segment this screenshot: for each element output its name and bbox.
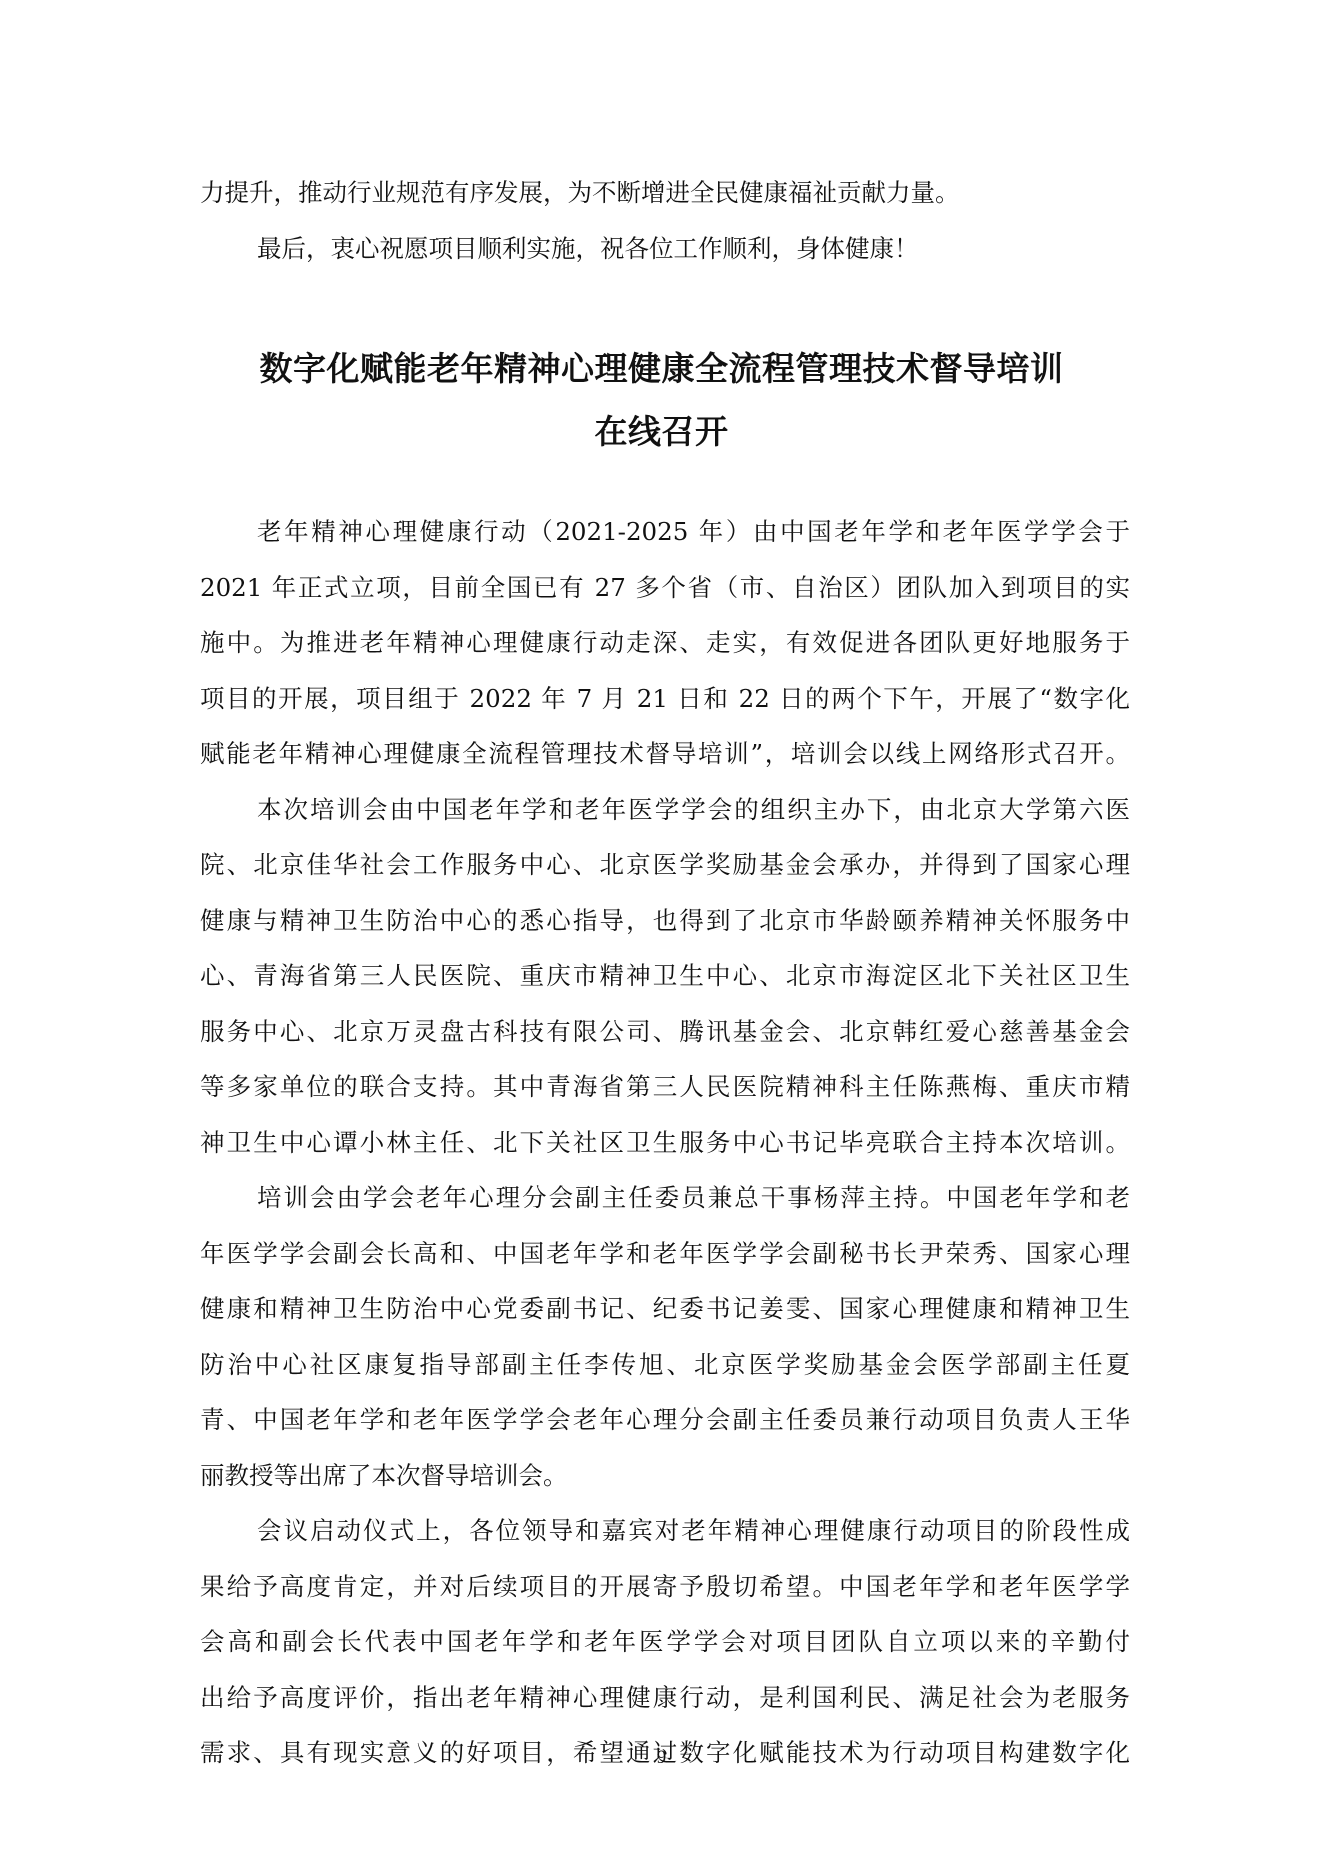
text-line: 心、青海省第三人民医院、重庆市精神卫生中心、北京市海淀区北下关社区卫生	[200, 948, 1130, 1004]
text-line: 老年精神心理健康行动（2021-2025 年）由中国老年学和老年医学学会于	[200, 504, 1130, 560]
text-line: 赋能老年精神心理健康全流程管理技术督导培训”，培训会以线上网络形式召开。	[200, 726, 1130, 782]
text-line: 会高和副会长代表中国老年学和老年医学学会对项目团队自立项以来的辛勤付	[200, 1614, 1130, 1670]
text-line: 本次培训会由中国老年学和老年医学学会的组织主办下，由北京大学第六医	[200, 782, 1130, 838]
continuation-text: 力提升，推动行业规范有序发展，为不断增进全民健康福祉贡献力量。 最后，衷心祝愿项…	[200, 165, 1130, 276]
text-line: 院、北京佳华社会工作服务中心、北京医学奖励基金会承办，并得到了国家心理	[200, 837, 1130, 893]
text-line: 丽教授等出席了本次督导培训会。	[200, 1448, 1130, 1504]
text-line: 出给予高度评价，指出老年精神心理健康行动，是利国利民、满足社会为老服务	[200, 1670, 1130, 1726]
paragraph-1: 老年精神心理健康行动（2021-2025 年）由中国老年学和老年医学学会于 20…	[200, 504, 1130, 782]
paragraph-3: 培训会由学会老年心理分会副主任委员兼总干事杨萍主持。中国老年学和老 年医学学会副…	[200, 1170, 1130, 1503]
text-line: 健康与精神卫生防治中心的悉心指导，也得到了北京市华龄颐养精神关怀服务中	[200, 893, 1130, 949]
paragraph-2: 本次培训会由中国老年学和老年医学学会的组织主办下，由北京大学第六医 院、北京佳华…	[200, 782, 1130, 1171]
document-page: 力提升，推动行业规范有序发展，为不断增进全民健康福祉贡献力量。 最后，衷心祝愿项…	[0, 0, 1323, 1871]
text-line: 健康和精神卫生防治中心党委副书记、纪委书记姜雯、国家心理健康和精神卫生	[200, 1281, 1130, 1337]
text-line: 最后，衷心祝愿项目顺利实施，祝各位工作顺利，身体健康！	[200, 221, 1130, 277]
text-line: 服务中心、北京万灵盘古科技有限公司、腾讯基金会、北京韩红爱心慈善基金会	[200, 1004, 1130, 1060]
text-line: 施中。为推进老年精神心理健康行动走深、走实，有效促进各团队更好地服务于	[200, 615, 1130, 671]
text-line: 年医学学会副会长高和、中国老年学和老年医学学会副秘书长尹荣秀、国家心理	[200, 1226, 1130, 1282]
text-line: 果给予高度肯定，并对后续项目的开展寄予殷切希望。中国老年学和老年医学学	[200, 1559, 1130, 1615]
paragraph-4: 会议启动仪式上，各位领导和嘉宾对老年精神心理健康行动项目的阶段性成 果给予高度肯…	[200, 1503, 1130, 1781]
page-number: 9	[0, 1747, 1323, 1769]
text-line: 项目的开展，项目组于 2022 年 7 月 21 日和 22 日的两个下午，开展…	[200, 671, 1130, 727]
article-title-line-2: 在线召开	[0, 406, 1323, 453]
text-line: 会议启动仪式上，各位领导和嘉宾对老年精神心理健康行动项目的阶段性成	[200, 1503, 1130, 1559]
article-body: 老年精神心理健康行动（2021-2025 年）由中国老年学和老年医学学会于 20…	[200, 504, 1130, 1781]
text-line: 神卫生中心谭小林主任、北下关社区卫生服务中心书记毕亮联合主持本次培训。	[200, 1115, 1130, 1171]
text-line: 培训会由学会老年心理分会副主任委员兼总干事杨萍主持。中国老年学和老	[200, 1170, 1130, 1226]
article-title-line-1: 数字化赋能老年精神心理健康全流程管理技术督导培训	[0, 343, 1323, 390]
text-line: 力提升，推动行业规范有序发展，为不断增进全民健康福祉贡献力量。	[200, 165, 1130, 221]
text-line: 2021 年正式立项，目前全国已有 27 多个省（市、自治区）团队加入到项目的实	[200, 560, 1130, 616]
text-line: 青、中国老年学和老年医学学会老年心理分会副主任委员兼行动项目负责人王华	[200, 1392, 1130, 1448]
text-line: 防治中心社区康复指导部副主任李传旭、北京医学奖励基金会医学部副主任夏	[200, 1337, 1130, 1393]
text-line: 等多家单位的联合支持。其中青海省第三人民医院精神科主任陈燕梅、重庆市精	[200, 1059, 1130, 1115]
